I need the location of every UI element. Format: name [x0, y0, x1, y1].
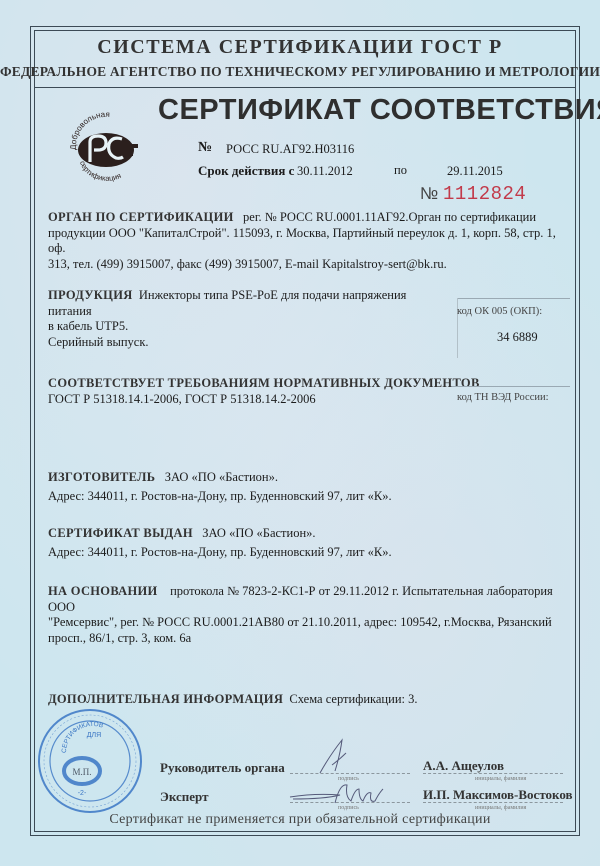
- head-signature-icon: [300, 735, 380, 775]
- tnved-label: код ТН ВЭД России:: [457, 392, 549, 403]
- manufacturer-label: ИЗГОТОВИТЕЛЬ: [48, 470, 155, 484]
- serial-prefix: №: [420, 184, 438, 203]
- additional-label: ДОПОЛНИТЕЛЬНАЯ ИНФОРМАЦИЯ: [48, 692, 283, 706]
- head-name: А.А. Ащеулов: [423, 758, 504, 774]
- seal-stamp-icon: ДЛЯ СЕРТИФИКАТОВ М.П. -2-: [36, 707, 144, 815]
- valid-from-date: 30.11.2012: [297, 164, 353, 179]
- expert-name-line: [423, 802, 563, 803]
- head-role: Руководитель органа: [160, 760, 285, 776]
- head-name-line: [423, 773, 563, 774]
- validity-label: Срок действия с: [198, 163, 294, 179]
- rst-logo-icon: Добровольная сертификация: [68, 110, 144, 186]
- product-line2: в кабель UTP5.: [48, 319, 448, 335]
- header-divider: [34, 87, 576, 88]
- serial-value: 1112824: [443, 183, 526, 205]
- expert-role: Эксперт: [160, 789, 208, 805]
- valid-to-date: 29.11.2015: [447, 164, 503, 179]
- section-basis: НА ОСНОВАНИИ протокола № 7823-2-КС1-Р от…: [48, 584, 568, 646]
- valid-to-label: по: [394, 163, 407, 178]
- okp-label: код ОК 005 (ОКП):: [457, 306, 542, 317]
- certificate-number: РОСС RU.АГ92.Н03116: [226, 142, 354, 157]
- product-line3: Серийный выпуск.: [48, 335, 448, 351]
- product-label: ПРОДУКЦИЯ: [48, 288, 133, 302]
- stamp-number: -2-: [78, 790, 87, 797]
- stamp-inner-top: ДЛЯ: [87, 732, 101, 739]
- stamp-mark: М.П.: [72, 767, 91, 777]
- document-title: СЕРТИФИКАТ СООТВЕТСТВИЯ: [158, 94, 600, 127]
- agency-title: ФЕДЕРАЛЬНОЕ АГЕНТСТВО ПО ТЕХНИЧЕСКОМУ РЕ…: [0, 64, 600, 80]
- certification-body-line2: продукции ООО "КапиталСтрой". 115093, г.…: [48, 226, 568, 257]
- basis-line3: просп., 86/1, стр. 3, ком. 6а: [48, 631, 568, 647]
- manufacturer-name: ЗАО «ПО «Бастион».: [165, 470, 278, 484]
- basis-label: НА ОСНОВАНИИ: [48, 584, 158, 598]
- certification-body-line1: рег. № РОСС RU.0001.11АГ92.Орган по серт…: [243, 210, 536, 224]
- issued-to-label: СЕРТИФИКАТ ВЫДАН: [48, 526, 193, 540]
- section-additional: ДОПОЛНИТЕЛЬНАЯ ИНФОРМАЦИЯ Схема сертифик…: [48, 692, 568, 708]
- system-title: СИСТЕМА СЕРТИФИКАЦИИ ГОСТ Р: [0, 36, 600, 59]
- issued-to-name: ЗАО «ПО «Бастион».: [202, 526, 315, 540]
- tnved-box-top: [452, 386, 570, 387]
- okp-value: 34 6889: [497, 330, 538, 345]
- footer-note: Сертификат не применяется при обязательн…: [0, 812, 600, 828]
- expert-name-caption: инициалы, фамилия: [475, 805, 526, 811]
- head-name-caption: инициалы, фамилия: [475, 776, 526, 782]
- section-certification-body: ОРГАН ПО СЕРТИФИКАЦИИ рег. № РОСС RU.000…: [48, 210, 568, 272]
- issued-to-address: Адрес: 344011, г. Ростов-на-Дону, пр. Бу…: [48, 545, 568, 561]
- expert-signature-icon: [285, 775, 395, 810]
- compliance-label: СООТВЕТСТВУЕТ ТРЕБОВАНИЯМ НОРМАТИВНЫХ ДО…: [48, 376, 568, 392]
- section-manufacturer: ИЗГОТОВИТЕЛЬ ЗАО «ПО «Бастион». Адрес: 3…: [48, 470, 568, 504]
- expert-name: И.П. Максимов-Востоков: [423, 787, 573, 803]
- certificate-number-prefix: №: [198, 140, 212, 156]
- okp-box-top: [458, 298, 570, 299]
- basis-line2: "Ремсервис", рег. № РОСС RU.0001.21АВ80 …: [48, 615, 568, 631]
- certification-body-line3: 313, тел. (499) 3915007, факс (499) 3915…: [48, 257, 568, 273]
- serial-number: № 1112824: [420, 183, 526, 205]
- additional-value: Схема сертификации: 3.: [289, 692, 417, 706]
- manufacturer-address: Адрес: 344011, г. Ростов-на-Дону, пр. Бу…: [48, 489, 568, 505]
- section-product: ПРОДУКЦИЯ Инжекторы типа PSE-PoE для под…: [48, 288, 448, 350]
- section-issued-to: СЕРТИФИКАТ ВЫДАН ЗАО «ПО «Бастион». Адре…: [48, 526, 568, 560]
- certification-body-label: ОРГАН ПО СЕРТИФИКАЦИИ: [48, 210, 234, 224]
